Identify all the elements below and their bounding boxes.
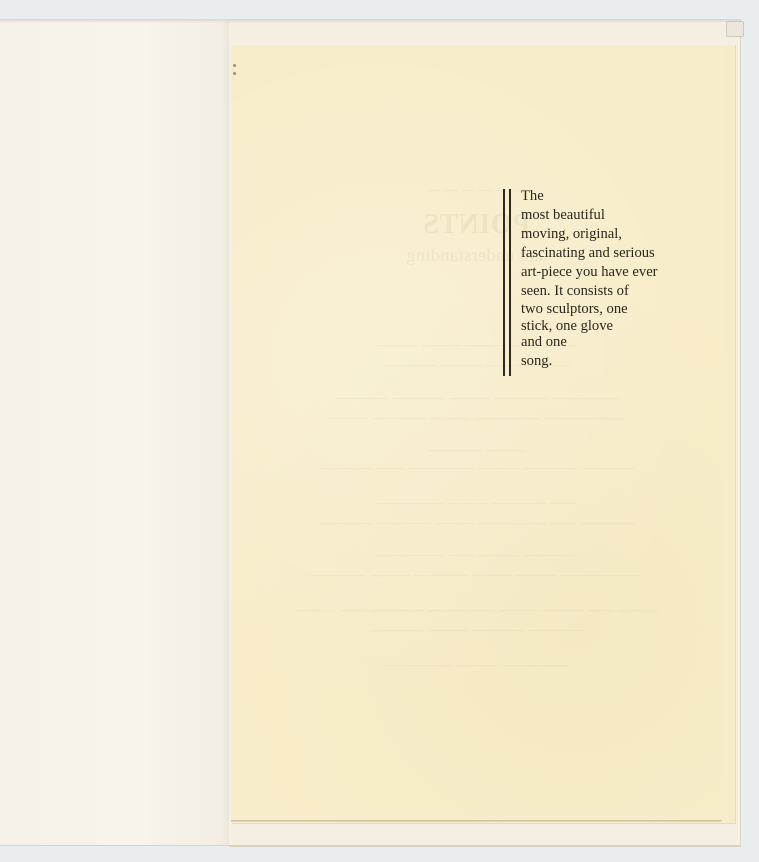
folder-left-top-shadow (0, 19, 230, 23)
speck (233, 64, 236, 67)
show-through-line: ——— —— ——— ——— ————— ———— —— ——— (231, 602, 722, 618)
quote-line: art-piece you have ever (521, 263, 691, 282)
quote-line: stick, one glove (521, 319, 691, 333)
show-through-line: ————— ———— ——— ———— ———— (231, 390, 722, 406)
quote-line: moving, original, (521, 225, 691, 244)
quote-line: two sculptors, one (521, 300, 691, 319)
show-through-line: —————— ——— ——— ———— ——— ———— (231, 567, 722, 583)
quote-line: and one (521, 333, 691, 352)
show-through-line: ———— ———— ——— ———— (231, 622, 722, 638)
quote-line: song. (521, 352, 691, 371)
double-rule-left (503, 189, 505, 376)
cream-paper-sheet: — — — — — — POINTS and understanding ———… (231, 47, 722, 821)
folder-right-top-shadow (229, 19, 740, 23)
paper-specks (233, 64, 237, 78)
quote-line: most beautiful (521, 206, 691, 225)
speck (233, 72, 236, 75)
quote-line: fascinating and serious (521, 244, 691, 263)
show-through-line: ———— —— ————— ——— ———— ———— (231, 515, 722, 531)
folder-corner-tab (726, 21, 744, 37)
quote-line: The (521, 187, 691, 206)
quote-line: seen. It consists of (521, 282, 691, 301)
show-through-line: —— ———— ——— ————— (231, 495, 722, 511)
show-through-line: ——— ———— (231, 442, 722, 458)
folder-left-panel (0, 19, 230, 846)
show-through-line: ———— ———— ——— ————— —— ———— (231, 460, 722, 476)
show-through-line: ————— ——— ————— (231, 657, 722, 673)
show-through-line: —————— ————— ——— ———— ——— (231, 410, 722, 426)
show-through-line: ———— ——— —— ————— (231, 547, 722, 563)
quote-text: The most beautiful moving, original, fas… (521, 187, 691, 371)
double-rule-right (509, 189, 511, 376)
